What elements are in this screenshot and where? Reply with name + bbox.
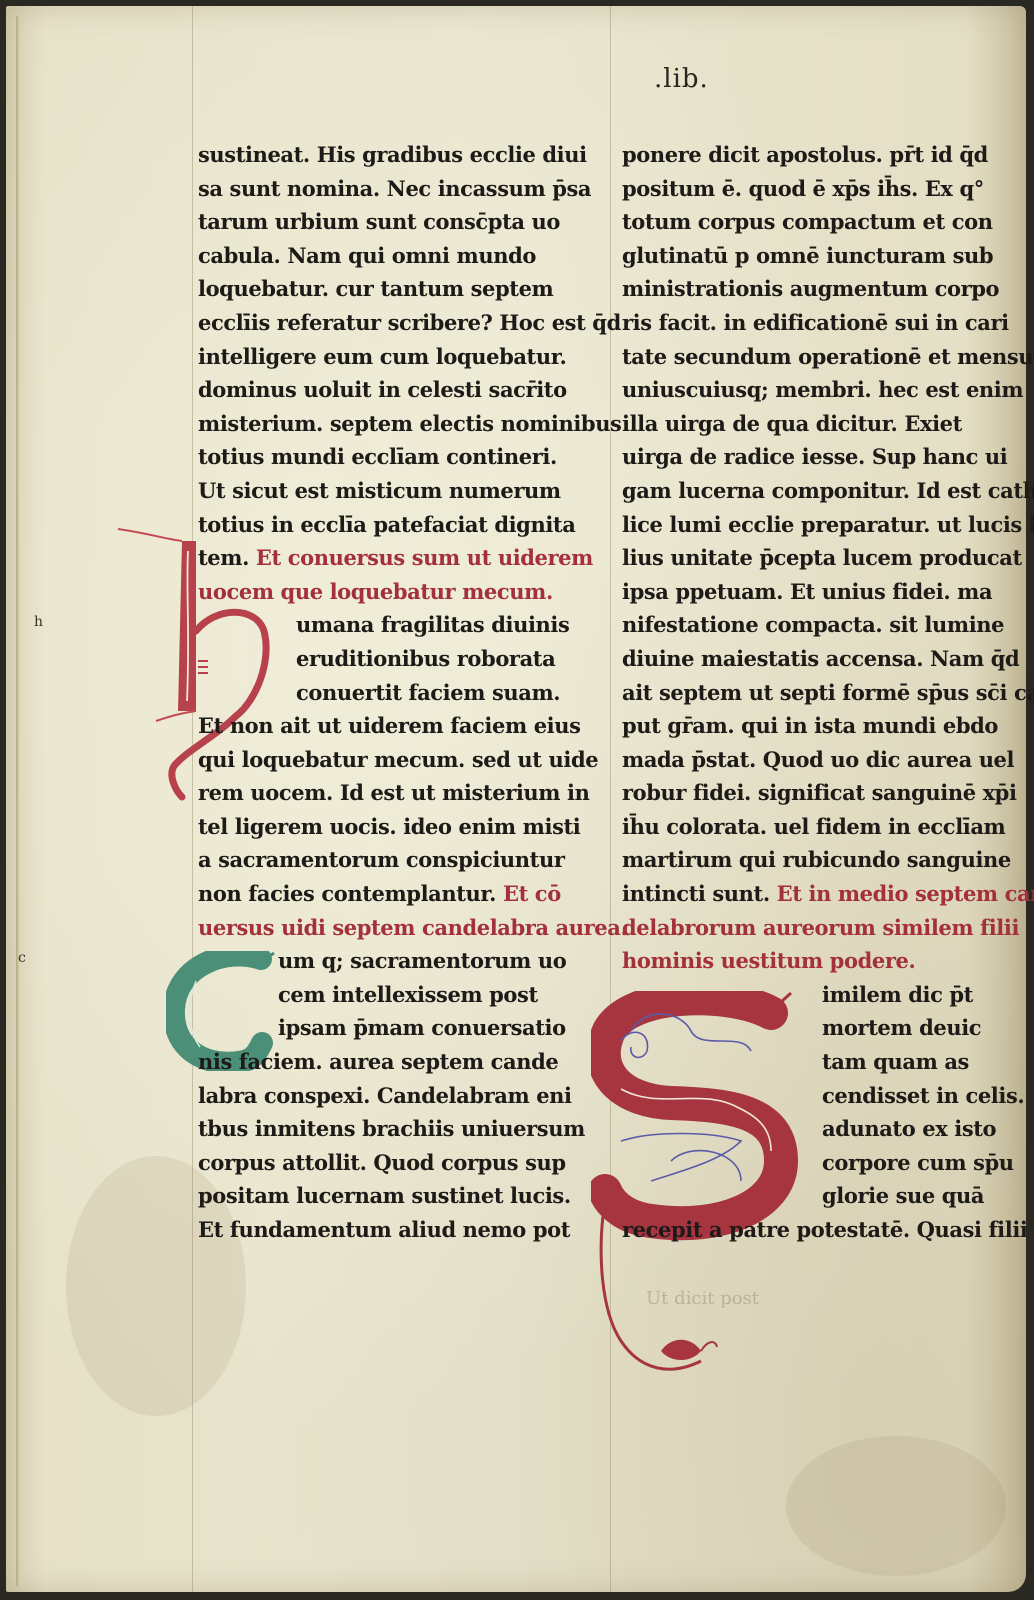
text-line: dominus uoluit in celesti sacr̄ito [198,373,573,407]
text-line: mada p̄stat. Quod uo dic aurea uel [622,743,992,777]
rubric-segment: Et cō [503,881,561,906]
text-line: positam lucernam sustinet lucis. [198,1179,573,1213]
rubric-line: uocem que loquebatur mecum. [198,575,573,609]
text-segment: intincti sunt. [622,881,770,906]
text-line: ait septem ut septi formē sp̄us sc̄i ca [622,676,992,710]
parchment-stain [786,1436,1006,1576]
text-line: martirum qui rubicundo sanguine [622,843,992,877]
text-line: uirga de radice iesse. Sup hanc ui [622,440,992,474]
text-line: corpus attollit. Quod corpus sup [198,1146,573,1180]
rubric-segment: Et in medio septem can [777,881,1034,906]
text-line: Et non ait ut uiderem faciem eius [198,709,573,743]
rubric-line: hominis uestitum podere. [622,944,992,978]
text-line-mixed: intincti sunt. Et in medio septem can [622,877,992,911]
text-line: tam quam as [622,1045,992,1079]
text-line: um q; sacramentorum uo [198,944,573,978]
text-line-mixed: non facies contemplantur. Et cō [198,877,573,911]
text-line: put gr̄am. qui in ista mundi ebdo [622,709,992,743]
rubric-line: delabrorum aureorum similem filii [622,911,992,945]
text-line: imilem dic p̄t [622,978,992,1012]
margin-note-h: h [34,614,43,630]
text-line: sa sunt nomina. Nec incassum p̄sa [198,172,573,206]
text-line: diuine maiestatis accensa. Nam q̄d [622,642,992,676]
text-line: intelligere eum cum loquebatur. [198,340,573,374]
text-line: ponere dicit apostolus. pr̄t id q̄d [622,138,992,172]
text-line: misterium. septem electis nominibus [198,407,573,441]
text-line-mixed: tem. Et conuersus sum ut uiderem [198,541,573,575]
text-line: recepit a patre potestatē. Quasi filii [622,1213,992,1247]
text-line: Et fundamentum aliud nemo pot [198,1213,573,1247]
text-line: cabula. Nam qui omni mundo [198,239,573,273]
text-line: sustineat. His gradibus ecclie diui [198,138,573,172]
text-line: positum ē. quod ē xp̄s ih̄s. Ex q° [622,172,992,206]
text-line: glorie sue quā [622,1179,992,1213]
text-segment: tem. [198,545,249,570]
text-line: gam lucerna componitur. Id est catho [622,474,992,508]
text-line: cem intellexissem post [198,978,573,1012]
text-line: eruditionibus roborata [198,642,573,676]
text-line: a sacramentorum conspiciuntur [198,843,573,877]
text-line: adunato ex isto [622,1112,992,1146]
text-line: loquebatur. cur tantum septem [198,272,573,306]
text-line: labra conspexi. Candelabram eni [198,1079,573,1113]
text-line: ris facit. in edificationē sui in cari [622,306,992,340]
text-line: illa uirga de qua dicitur. Exiet [622,407,992,441]
running-head: .lib. [654,64,709,94]
rubric-line: uersus uidi septem candelabra aurea. [198,911,573,945]
margin-note-c: c [18,950,26,966]
text-line: tate secundum operationē et mensurā [622,340,992,374]
text-line: Ut sicut est misticum numerum [198,474,573,508]
text-line: totius in ecclīa patefaciat dignita [198,508,573,542]
text-line: ipsam p̄mam conuersatio [198,1011,573,1045]
text-line: nifestatione compacta. sit lumine [622,608,992,642]
text-line: nis faciem. aurea septem cande [198,1045,573,1079]
text-line: mortem deuic [622,1011,992,1045]
text-line: robur fidei. significat sanguinē xp̄i [622,776,992,810]
text-line: rem uocem. Id est ut misterium in [198,776,573,810]
text-segment: non facies contemplantur. [198,881,496,906]
text-line: tbus inmitens brachiis uniuersum [198,1112,573,1146]
text-line: ecclīis referatur scribere? Hoc est q̄d [198,306,573,340]
text-line: totum corpus compactum et con [622,205,992,239]
text-line: ministrationis augmentum corpo [622,272,992,306]
text-line: lius unitate p̄cepta lucem producat [622,541,992,575]
text-line: conuertit faciem suam. [198,676,573,710]
text-line: umana fragilitas diuinis [198,608,573,642]
text-line: qui loquebatur mecum. sed ut uide [198,743,573,777]
text-line: ipsa ppetuam. Et unius fidei. ma [622,575,992,609]
text-line: ih̄u colorata. uel fidem in ecclīam [622,810,992,844]
rubric-segment: Et conuersus sum ut uiderem [256,545,593,570]
left-text-column: sustineat. His gradibus ecclie diui sa s… [198,138,573,1247]
text-line: tarum urbium sunt consc̄pta uo [198,205,573,239]
text-line: uniuscuiusq; membri. hec est enim [622,373,992,407]
right-text-column: ponere dicit apostolus. pr̄t id q̄d posi… [622,138,992,1247]
text-line: glutinatū p omnē iuncturam sub [622,239,992,273]
text-line: tel ligerem uocis. ideo enim misti [198,810,573,844]
text-line: lice lumi ecclie preparatur. ut lucis il [622,508,992,542]
show-through-text: Ut dicit post [646,1288,759,1309]
text-line: cendisset in celis. [622,1079,992,1113]
binding-gutter [16,16,19,1586]
text-line: totius mundi ecclīam contineri. [198,440,573,474]
manuscript-folio: .lib. h c Ut dicit post sustineat. His g… [6,6,1026,1592]
text-line: corpore cum sp̄u [622,1146,992,1180]
